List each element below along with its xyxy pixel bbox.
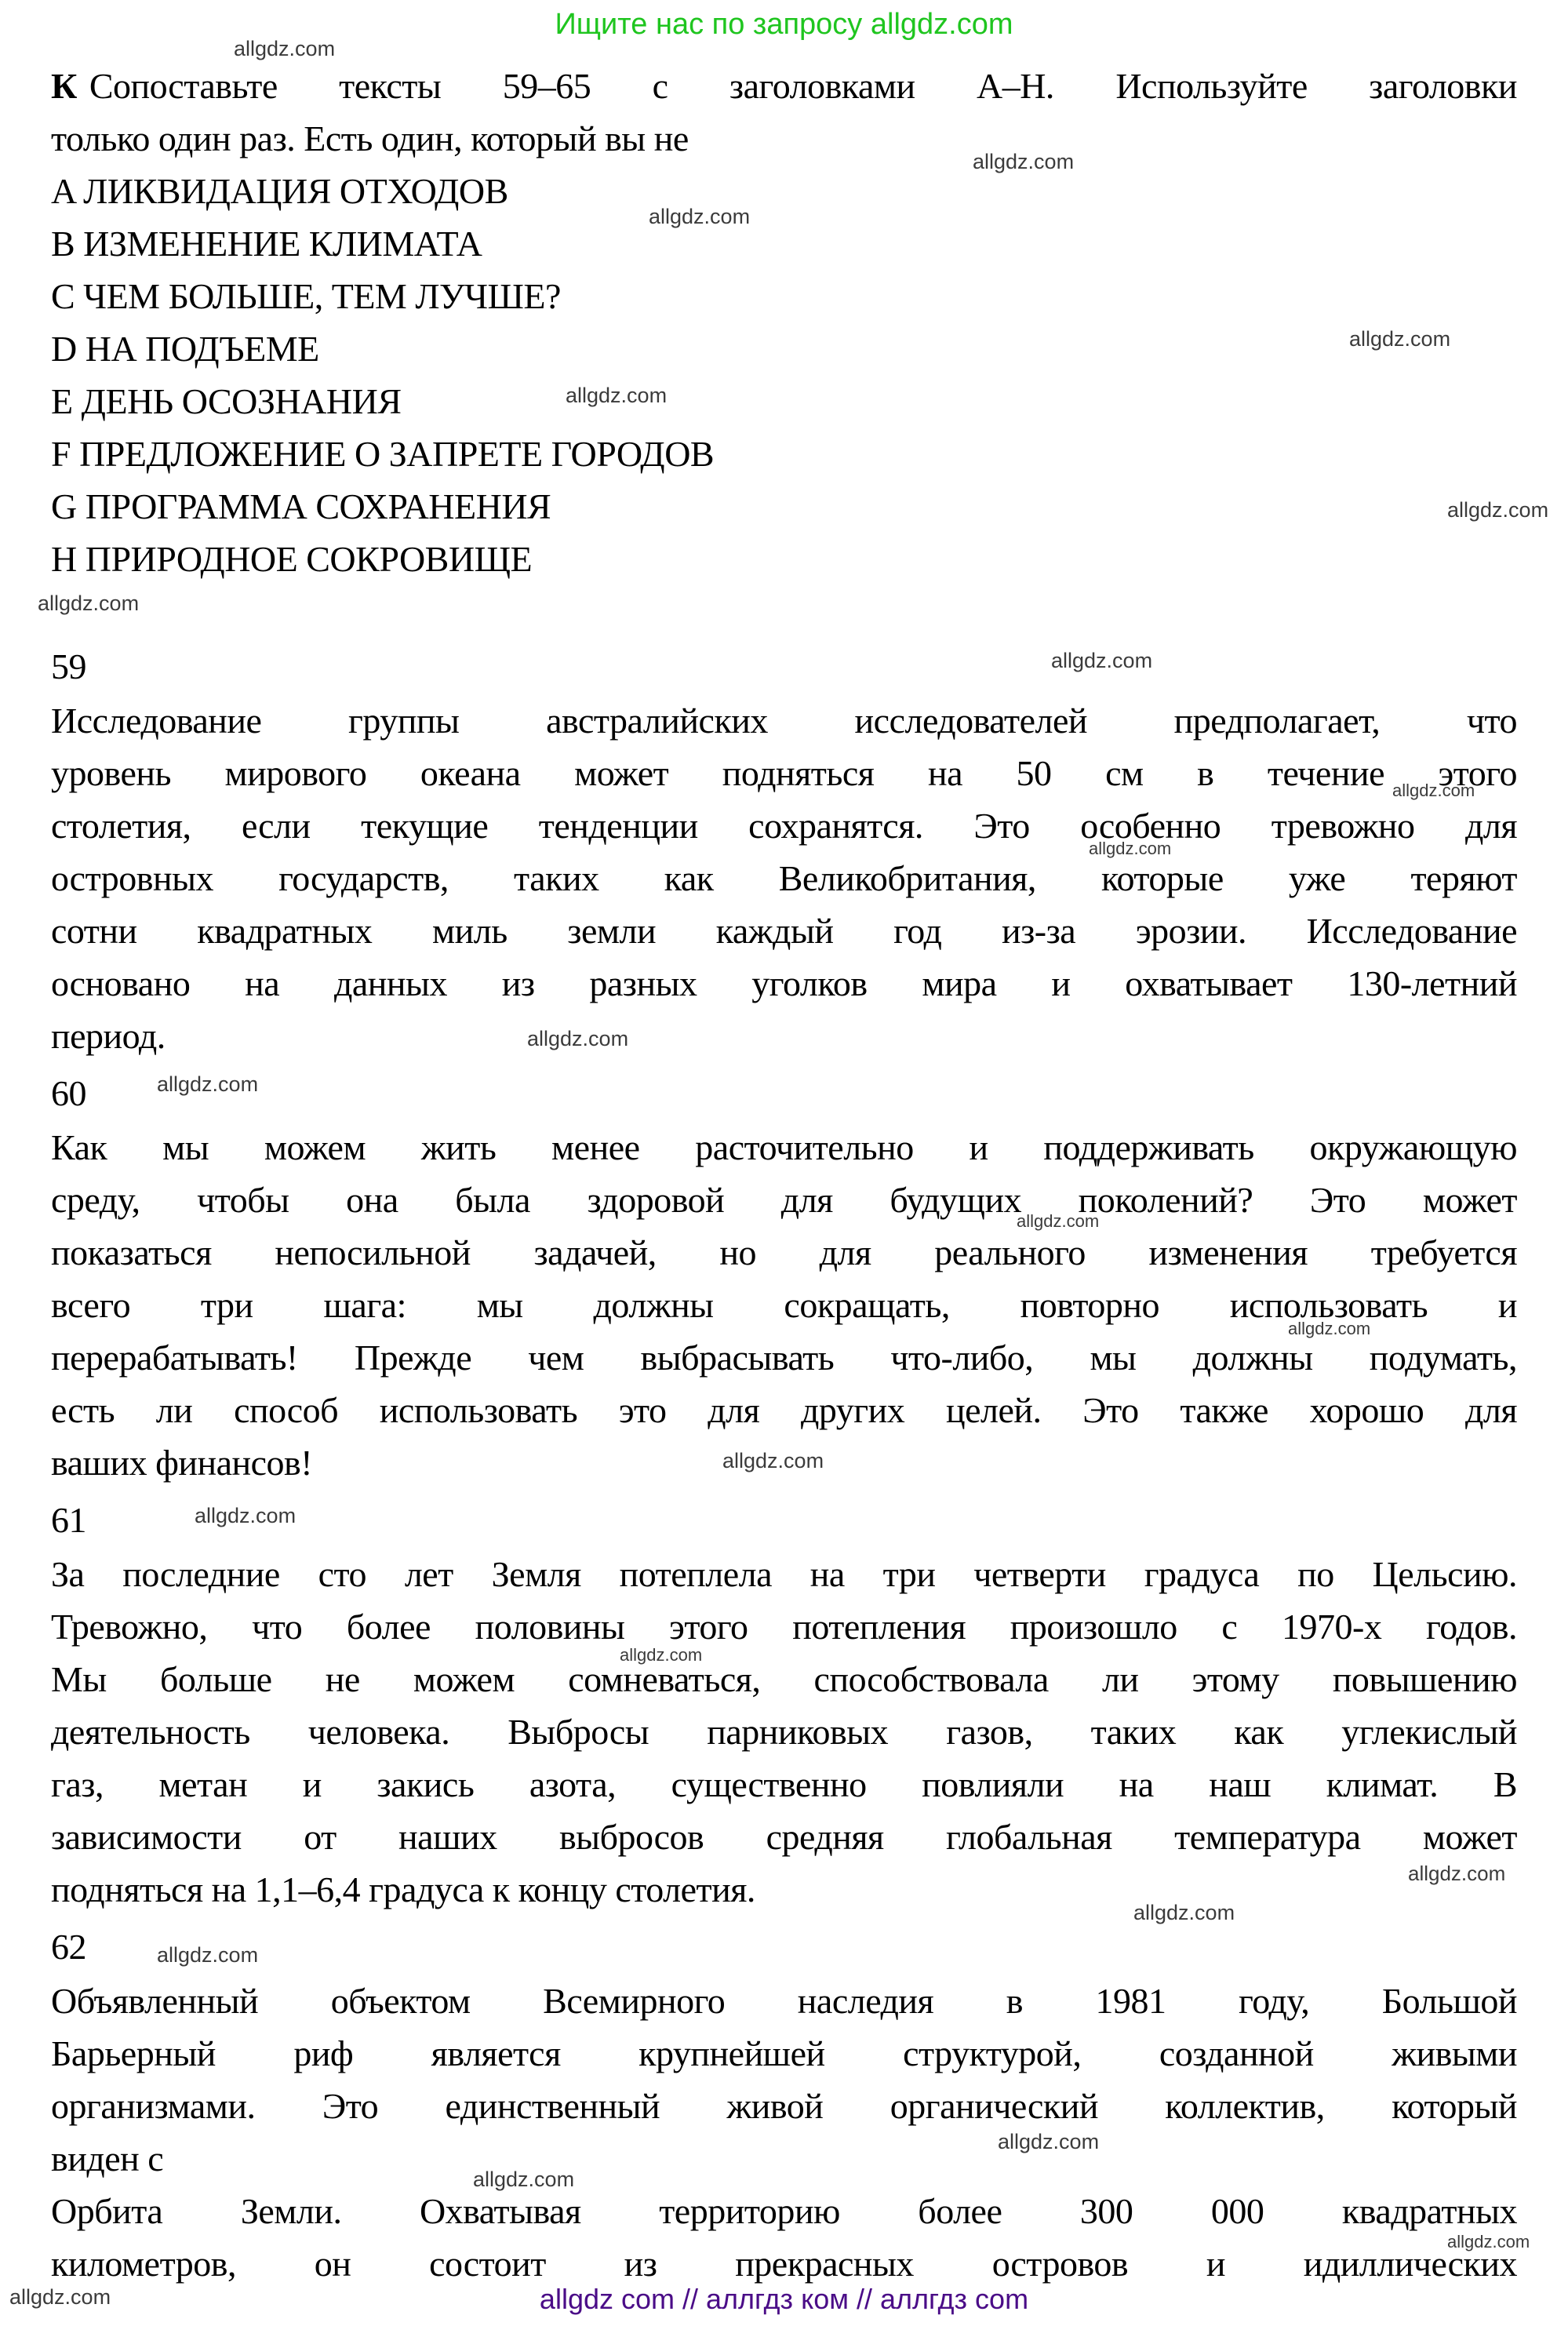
watermark: allgdz.com	[1017, 1212, 1099, 1231]
watermark: allgdz.com	[973, 151, 1074, 174]
document-page: Ищите нас по запросу allgdz.com КСопоста…	[0, 0, 1568, 2326]
heading-option: H ПРИРОДНОЕ СОКРОВИЩЕ	[51, 533, 1517, 585]
watermark: allgdz.com	[234, 38, 335, 61]
heading-option: E ДЕНЬ ОСОЗНАНИЯ	[51, 375, 1517, 428]
text-line: среду, чтобы она была здоровой для будущ…	[51, 1174, 1517, 1226]
heading-option: A ЛИКВИДАЦИЯ ОТХОДОВ	[51, 165, 1517, 217]
text-line: Тревожно, что более половины этого потеп…	[51, 1600, 1517, 1653]
watermark: allgdz.com	[38, 592, 139, 616]
watermark: allgdz.com	[195, 1505, 296, 1528]
footer-banner-text: allgdz com // аллгдз ком // аллгдз com	[540, 2283, 1028, 2316]
task-marker: К	[51, 66, 89, 106]
heading-option: C ЧЕМ БОЛЬШЕ, ТЕМ ЛУЧШЕ?	[51, 270, 1517, 322]
watermark: allgdz.com	[1349, 328, 1450, 351]
text-line: сотни квадратных миль земли каждый год и…	[51, 905, 1517, 957]
text-line: Барьерный риф является крупнейшей структ…	[51, 2027, 1517, 2080]
watermark: allgdz.com	[1288, 1320, 1370, 1338]
text-line: Исследование группы австралийских исслед…	[51, 694, 1517, 747]
text-line: организмами. Это единственный живой орга…	[51, 2080, 1517, 2132]
watermark: allgdz.com	[1447, 499, 1548, 522]
text-line: островных государств, таких как Великобр…	[51, 852, 1517, 905]
heading-options-list: A ЛИКВИДАЦИЯ ОТХОДОВB ИЗМЕНЕНИЕ КЛИМАТАC…	[51, 165, 1517, 585]
watermark: allgdz.com	[1089, 839, 1171, 858]
text-line: уровень мирового океана может подняться …	[51, 747, 1517, 799]
text-line: зависимости от наших выбросов средняя гл…	[51, 1811, 1517, 1863]
top-banner-text: Ищите нас по запросу allgdz.com	[0, 0, 1568, 42]
text-number-62: 62	[51, 1920, 1517, 1973]
content-column: КСопоставьте тексты 59–65 с заголовками …	[51, 60, 1517, 2290]
task-instruction-line-1: КСопоставьте тексты 59–65 с заголовками …	[51, 60, 1517, 112]
heading-option: D НА ПОДЪЕМЕ	[51, 322, 1517, 375]
text-line: перерабатывать! Прежде чем выбрасывать ч…	[51, 1331, 1517, 1384]
watermark: allgdz.com	[9, 2286, 111, 2310]
text-62-paragraph: Объявленный объектом Всемирного наследия…	[51, 1975, 1517, 2290]
watermark: allgdz.com	[157, 1073, 258, 1097]
watermark: allgdz.com	[1392, 781, 1475, 800]
text-59-paragraph: Исследование группы австралийских исслед…	[51, 694, 1517, 1062]
text-line: виден с	[51, 2132, 1517, 2185]
watermark: allgdz.com	[1447, 2233, 1530, 2251]
text-line: Как мы можем жить менее расточительно и …	[51, 1121, 1517, 1174]
watermark: allgdz.com	[1133, 1902, 1235, 1925]
task-instruction-text: Сопоставьте тексты 59–65 с заголовками А…	[89, 66, 1517, 106]
watermark: allgdz.com	[1051, 650, 1152, 673]
watermark: allgdz.com	[527, 1028, 628, 1051]
text-line: газ, метан и закись азота, существенно п…	[51, 1758, 1517, 1811]
heading-option: F ПРЕДЛОЖЕНИЕ О ЗАПРЕТЕ ГОРОДОВ	[51, 428, 1517, 480]
text-line: километров, он состоит из прекрасных ост…	[51, 2237, 1517, 2290]
text-number-59: 59	[51, 640, 1517, 693]
text-line: деятельность человека. Выбросы парниковы…	[51, 1705, 1517, 1758]
text-60-paragraph: Как мы можем жить менее расточительно и …	[51, 1121, 1517, 1489]
watermark: allgdz.com	[649, 206, 750, 229]
watermark: allgdz.com	[620, 1646, 702, 1665]
text-line: есть ли способ использовать это для друг…	[51, 1384, 1517, 1436]
text-line: основано на данных из разных уголков мир…	[51, 957, 1517, 1010]
watermark: allgdz.com	[998, 2131, 1099, 2154]
watermark: allgdz.com	[722, 1450, 824, 1473]
text-line: показаться непосильной задачей, но для р…	[51, 1226, 1517, 1279]
text-number-60: 60	[51, 1067, 1517, 1119]
text-line: Орбита Земли. Охватывая территорию более…	[51, 2185, 1517, 2237]
watermark: allgdz.com	[473, 2168, 574, 2192]
watermark: allgdz.com	[566, 384, 667, 408]
watermark: allgdz.com	[157, 1944, 258, 1967]
text-61-paragraph: За последние сто лет Земля потеплела на …	[51, 1548, 1517, 1916]
heading-option: G ПРОГРАММА СОХРАНЕНИЯ	[51, 480, 1517, 533]
text-line: За последние сто лет Земля потеплела на …	[51, 1548, 1517, 1600]
task-instruction-line-2: только один раз. Есть один, который вы н…	[51, 112, 1517, 165]
text-line: период.	[51, 1010, 1517, 1062]
text-line: Мы больше не можем сомневаться, способст…	[51, 1653, 1517, 1705]
heading-option: B ИЗМЕНЕНИЕ КЛИМАТА	[51, 217, 1517, 270]
watermark: allgdz.com	[1408, 1862, 1505, 1885]
text-line: подняться на 1,1–6,4 градуса к концу сто…	[51, 1863, 1517, 1916]
text-line: Объявленный объектом Всемирного наследия…	[51, 1975, 1517, 2027]
text-line: столетия, если текущие тенденции сохраня…	[51, 799, 1517, 852]
